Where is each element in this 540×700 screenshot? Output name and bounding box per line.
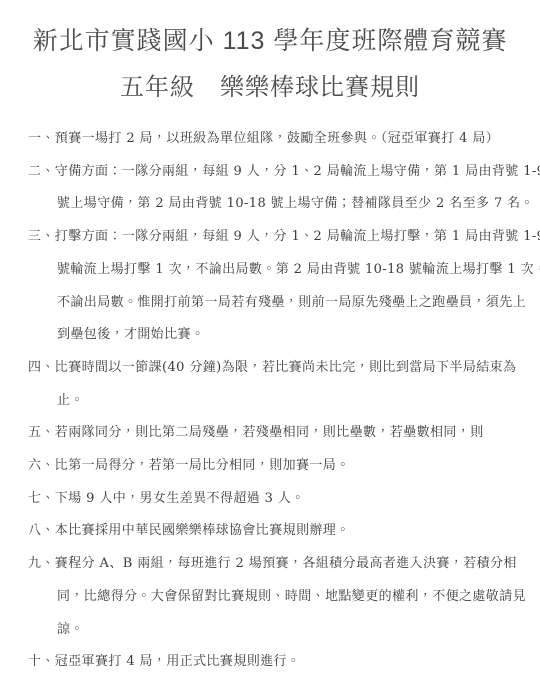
rule-item-10: 十、冠亞軍賽打 4 局，用正式比賽規則進行。 [0, 646, 540, 679]
rule-line: 三、打擊方面：一隊分兩組，每組 9 人，分 1、2 局輪流上場打擊，第 1 局由… [28, 221, 540, 254]
rule-item-6: 六、比第一局得分，若第一局比分相同，則加賽一局。 [0, 450, 540, 483]
rule-line: 九、賽程分 A、B 兩組，每班進行 2 場預賽，各組積分最高者進入決賽，若積分相 [28, 548, 540, 581]
rule-line: 二、守備方面：一隊分兩組，每組 9 人，分 1、2 局輪流上場守備，第 1 局由… [28, 156, 540, 189]
document-title: 新北市實踐國小 113 學年度班際體育競賽 [0, 26, 540, 56]
rule-item-8: 八、本比賽採用中華民國樂樂棒球協會比賽規則辦理。 [0, 515, 540, 548]
rule-line: 同，比總得分。大會保留對比賽規則、時間、地點變更的權利，不便之處敬請見 [57, 581, 540, 614]
rule-item-3: 三、打擊方面：一隊分兩組，每組 9 人，分 1、2 局輪流上場打擊，第 1 局由… [0, 221, 540, 352]
rule-line: 諒。 [57, 614, 540, 647]
rule-line: 六、比第一局得分，若第一局比分相同，則加賽一局。 [28, 450, 540, 483]
rule-line: 到壘包後，才開始比賽。 [57, 319, 540, 352]
rule-line: 號輪流上場打擊 1 次，不論出局數。第 2 局由背號 10-18 號輪流上場打擊… [57, 254, 540, 287]
document-page: 新北市實踐國小 113 學年度班際體育競賽 五年級 樂樂棒球比賽規則 一、預賽一… [0, 0, 540, 700]
document-subtitle: 五年級 樂樂棒球比賽規則 [0, 74, 540, 102]
rule-line: 一、預賽一場打 2 局，以班級為單位組隊，鼓勵全班參與。（冠亞軍賽打 4 局） [28, 123, 540, 156]
rule-line: 七、下場 9 人中，男女生差異不得超過 3 人。 [28, 483, 540, 516]
rules-list: 一、預賽一場打 2 局，以班級為單位組隊，鼓勵全班參與。（冠亞軍賽打 4 局） … [0, 123, 540, 679]
rule-line: 止。 [57, 385, 540, 418]
rule-item-7: 七、下場 9 人中，男女生差異不得超過 3 人。 [0, 483, 540, 516]
rule-item-4: 四、比賽時間以一節課(40 分鐘)為限，若比賽尚未比完，則比到當局下半局結束為 … [0, 352, 540, 417]
rule-line: 五、若兩隊同分，則比第二局殘壘，若殘壘相同，則比壘數，若壘數相同，則 [28, 417, 540, 450]
rule-item-9: 九、賽程分 A、B 兩組，每班進行 2 場預賽，各組積分最高者進入決賽，若積分相… [0, 548, 540, 646]
rule-item-1: 一、預賽一場打 2 局，以班級為單位組隊，鼓勵全班參與。（冠亞軍賽打 4 局） [0, 123, 540, 156]
rule-item-5: 五、若兩隊同分，則比第二局殘壘，若殘壘相同，則比壘數，若壘數相同，則 [0, 417, 540, 450]
rule-line: 八、本比賽採用中華民國樂樂棒球協會比賽規則辦理。 [28, 515, 540, 548]
rule-line: 四、比賽時間以一節課(40 分鐘)為限，若比賽尚未比完，則比到當局下半局結束為 [28, 352, 540, 385]
rule-line: 號上場守備，第 2 局由背號 10-18 號上場守備；替補隊員至少 2 名至多 … [57, 188, 540, 221]
rule-item-2: 二、守備方面：一隊分兩組，每組 9 人，分 1、2 局輪流上場守備，第 1 局由… [0, 156, 540, 221]
rule-line: 不論出局數。惟開打前第一局若有殘壘，則前一局原先殘壘上之跑壘員，須先上 [57, 287, 540, 320]
rule-line: 十、冠亞軍賽打 4 局，用正式比賽規則進行。 [28, 646, 540, 679]
